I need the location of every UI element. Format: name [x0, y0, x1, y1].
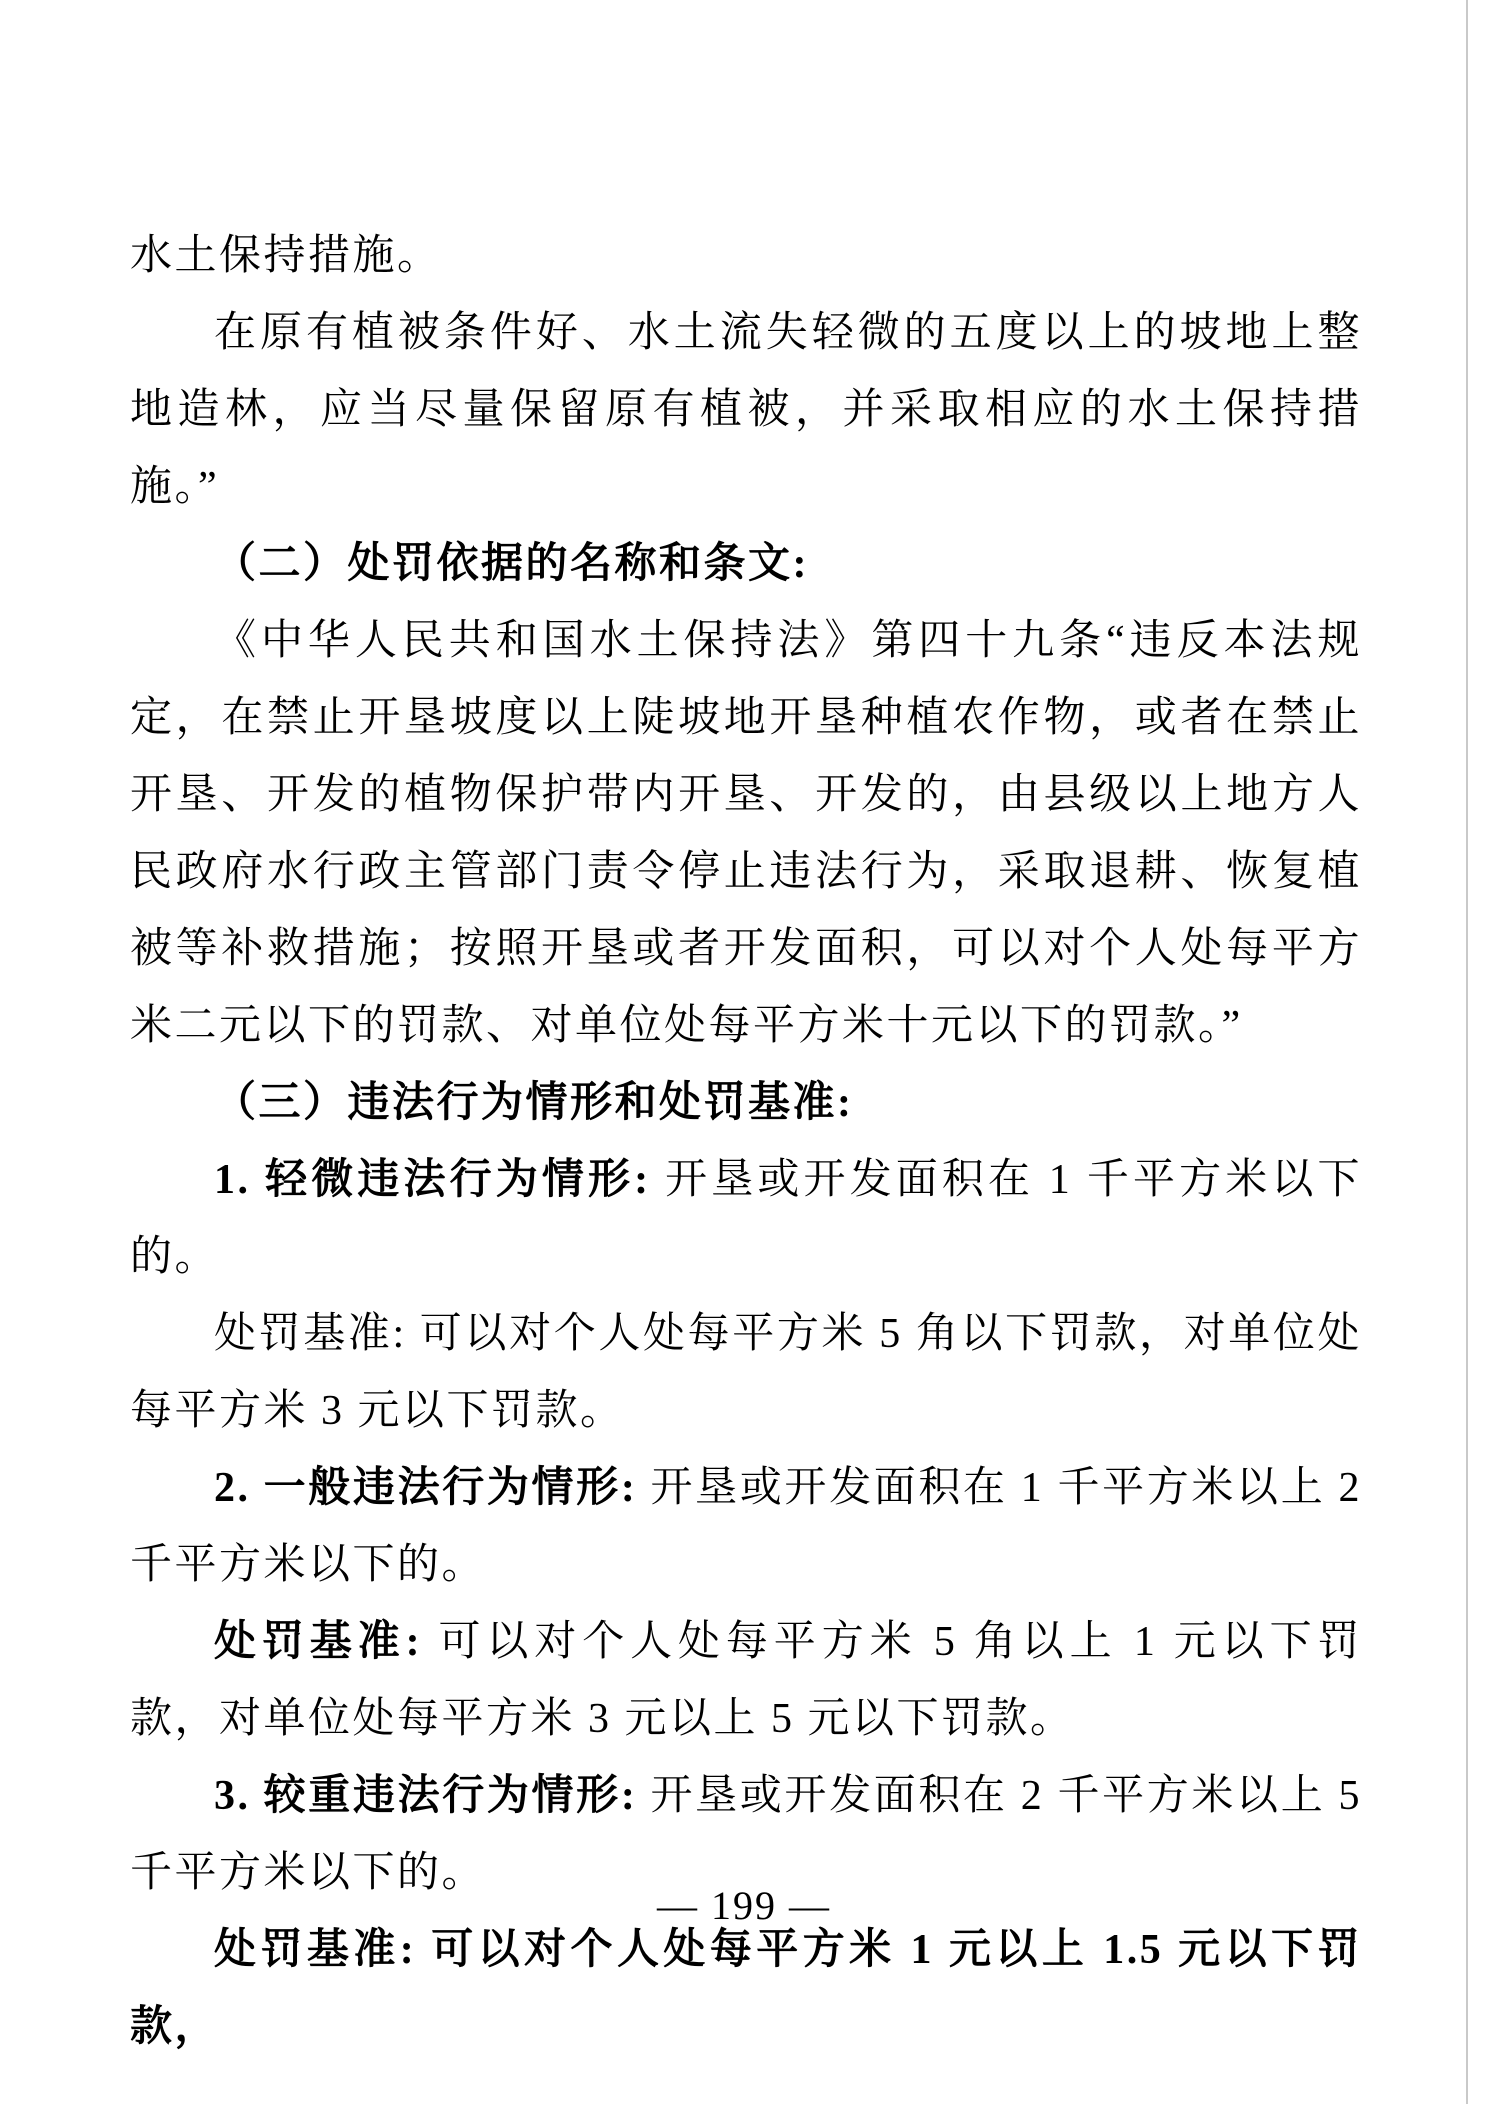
list-item-2-general-violation: 2. 一般违法行为情形: 开垦或开发面积在 1 千平方米以上 2 千平方米以下的… — [130, 1450, 1362, 1604]
paragraph-penalty-1: 处罚基准: 可以对个人处每平方米 5 角以下罚款，对单位处每平方米 3 元以下罚… — [130, 1296, 1362, 1450]
paragraph-continuation: 水土保持措施。 — [130, 218, 1362, 295]
paragraph-afforestation: 在原有植被条件好、水土流失轻微的五度以上的坡地上整地造林，应当尽量保留原有植被，… — [130, 295, 1362, 526]
bold-text-segment: 1. 轻微违法行为情形: — [214, 1157, 651, 1203]
text-segment: 《中华人民共和国水土保持法》第四十九条“违反本法规定，在禁止开垦坡度以上陡坡地开… — [130, 618, 1362, 1049]
bold-text-segment: （三）违法行为情形和处罚基准: — [214, 1080, 854, 1126]
bold-text-segment: 处罚基准: — [214, 1927, 416, 1973]
bold-text-segment: 处罚基准: — [214, 1619, 422, 1665]
document-body: 水土保持措施。在原有植被条件好、水土流失轻微的五度以上的坡地上整地造林，应当尽量… — [130, 218, 1362, 2066]
document-page: 水土保持措施。在原有植被条件好、水土流失轻微的五度以上的坡地上整地造林，应当尽量… — [0, 0, 1488, 2104]
bold-text-segment: （二）处罚依据的名称和条文: — [214, 541, 809, 587]
text-segment: 在原有植被条件好、水土流失轻微的五度以上的坡地上整地造林，应当尽量保留原有植被，… — [130, 310, 1362, 510]
page-number: — 199 — — [0, 1882, 1488, 1929]
section-heading-2: （二）处罚依据的名称和条文: — [130, 526, 1362, 603]
list-item-1-minor-violation: 1. 轻微违法行为情形: 开垦或开发面积在 1 千平方米以下的。 — [130, 1142, 1362, 1296]
paragraph-penalty-3: 处罚基准: 可以对个人处每平方米 1 元以上 1.5 元以下罚款， — [130, 1912, 1362, 2066]
bold-text-segment: 3. 较重违法行为情形: — [214, 1773, 637, 1819]
text-segment: 水土保持措施。 — [130, 233, 442, 279]
paragraph-penalty-2: 处罚基准: 可以对个人处每平方米 5 角以上 1 元以下罚款，对单位处每平方米 … — [130, 1604, 1362, 1758]
bold-text-segment: 2. 一般违法行为情形: — [214, 1465, 637, 1511]
section-heading-3: （三）违法行为情形和处罚基准: — [130, 1065, 1362, 1142]
paragraph-law-citation: 《中华人民共和国水土保持法》第四十九条“违反本法规定，在禁止开垦坡度以上陡坡地开… — [130, 603, 1362, 1065]
page-edge-line — [1466, 0, 1468, 2104]
text-segment: 处罚基准: 可以对个人处每平方米 5 角以下罚款，对单位处每平方米 3 元以下罚… — [130, 1311, 1362, 1434]
